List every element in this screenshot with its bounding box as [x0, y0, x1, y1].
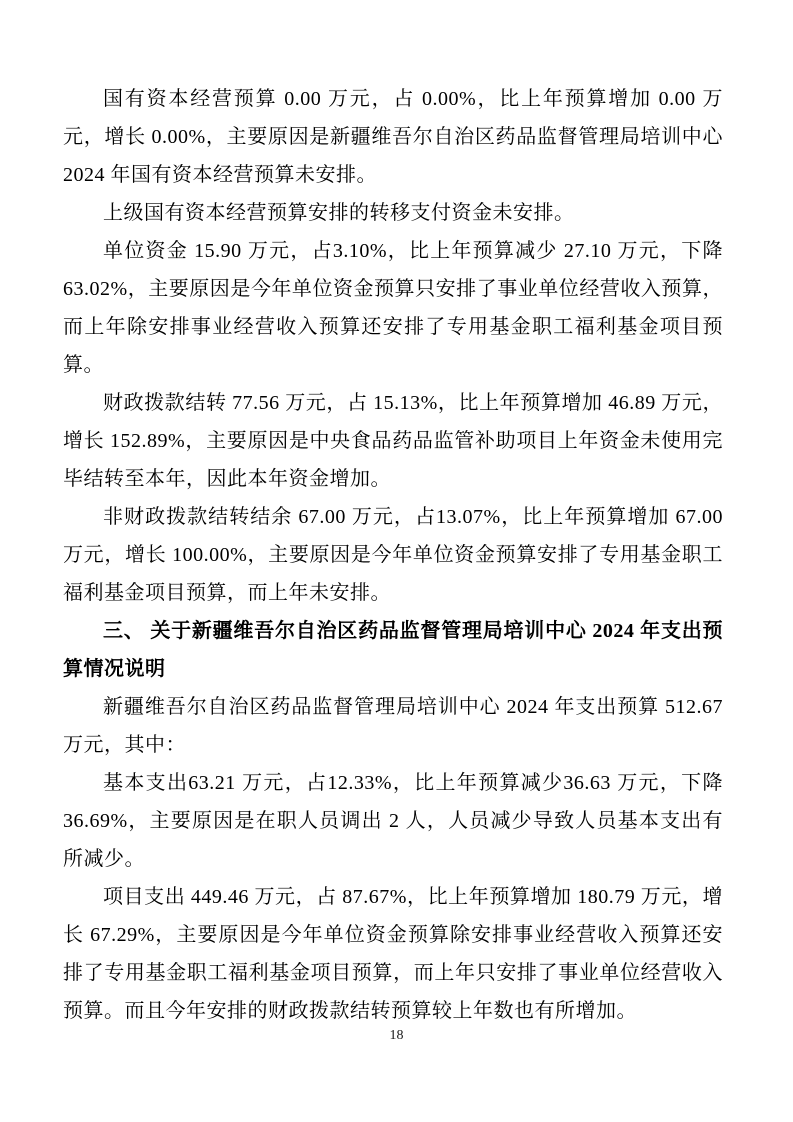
paragraph-total-expenditure: 新疆维吾尔自治区药品监督管理局培训中心 2024 年支出预算 512.67 万元…	[63, 688, 723, 764]
paragraph-superior-transfer-funds: 上级国有资本经营预算安排的转移支付资金未安排。	[63, 194, 723, 232]
page-number: 18	[0, 1028, 793, 1044]
paragraph-fiscal-carryover: 财政拨款结转 77.56 万元，占 15.13%，比上年预算增加 46.89 万…	[63, 384, 723, 498]
paragraph-unit-funds: 单位资金 15.90 万元，占3.10%，比上年预算减少 27.10 万元，下降…	[63, 232, 723, 384]
document-body: 国有资本经营预算 0.00 万元，占 0.00%，比上年预算增加 0.00 万元…	[63, 80, 723, 1030]
paragraph-project-expenditure: 项目支出 449.46 万元，占 87.67%，比上年预算增加 180.79 万…	[63, 878, 723, 1030]
paragraph-state-capital-budget: 国有资本经营预算 0.00 万元，占 0.00%，比上年预算增加 0.00 万元…	[63, 80, 723, 194]
section-heading-expenditure-budget: 三、 关于新疆维吾尔自治区药品监督管理局培训中心 2024 年支出预算情况说明	[63, 612, 723, 688]
paragraph-basic-expenditure: 基本支出63.21 万元，占12.33%，比上年预算减少36.63 万元，下降3…	[63, 764, 723, 878]
document-page: 国有资本经营预算 0.00 万元，占 0.00%，比上年预算增加 0.00 万元…	[0, 0, 793, 1122]
paragraph-non-fiscal-carryover: 非财政拨款结转结余 67.00 万元，占13.07%，比上年预算增加 67.00…	[63, 498, 723, 612]
